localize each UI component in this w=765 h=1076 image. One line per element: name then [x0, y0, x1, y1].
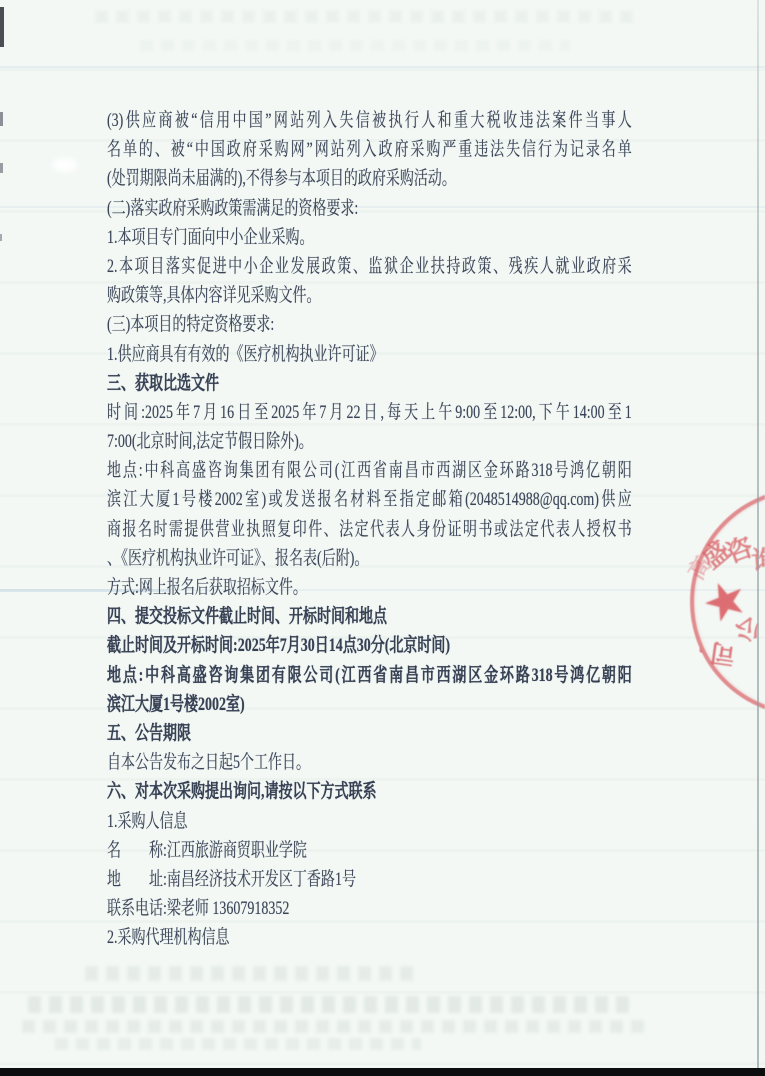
document-line: 四、提交投标文件截止时间、开标时间和地点 — [107, 602, 632, 631]
company-seal-stamp: ★ , 高盛咨询公司 — [680, 478, 765, 722]
scanned-document-page: (3)供应商被“信用中国”网站列入失信被执行人和重大税收违法案件当事人名单的、被… — [0, 0, 765, 1076]
bleed-through-text — [28, 996, 634, 1013]
bleed-through-text — [22, 1020, 644, 1033]
bleed-through-text — [140, 40, 570, 51]
procurement-notice-document: (3)供应商被“信用中国”网站列入失信被执行人和重大税收违法案件当事人名单的、被… — [107, 106, 765, 952]
document-line: 地点:中科高盛咨询集团有限公司(江西省南昌市西湖区金环路318号鸿亿朝阳 — [107, 661, 632, 690]
bleed-through-text — [95, 10, 635, 23]
document-line: 2.采购代理机构信息 — [107, 923, 632, 952]
bottom-scan-bar — [0, 1068, 765, 1076]
document-line: 时间:2025年7月16日至2025年7月22日,每天上午9:00至12:00,… — [107, 398, 632, 427]
document-line: (三)本项目的特定资格要求: — [107, 310, 632, 339]
document-line: 方式:网上报名后获取招标文件。 — [107, 573, 632, 602]
document-line: 五、公告期限 — [107, 719, 632, 748]
bleed-through-text — [55, 1038, 421, 1050]
document-line: 联系电话:梁老师 13607918352 — [107, 894, 632, 923]
document-line: (3)供应商被“信用中国”网站列入失信被执行人和重大税收违法案件当事人 — [107, 106, 632, 135]
document-line: 滨江大厦1号楼2002室)或发送报名材料至指定邮箱(2048514988@qq.… — [107, 485, 632, 514]
document-line: 六、对本次采购提出询问,请按以下方式联系 — [107, 777, 632, 806]
page-edge-line — [757, 0, 759, 1068]
document-line: 商报名时需提供营业执照复印件、法定代表人身份证明书或法定代表人授权书 — [107, 515, 632, 544]
document-line: 自本公告发布之日起5个工作日。 — [107, 748, 632, 777]
document-line: (处罚期限尚未届满的),不得参与本项目的政府采购活动。 — [107, 164, 632, 193]
scan-streak — [0, 66, 765, 68]
document-line: 三、获取比选文件 — [107, 369, 632, 398]
document-line: 2.本项目落实促进中小企业发展政策、监狱企业扶持政策、残疾人就业政府采 — [107, 252, 632, 281]
document-line: 7:00(北京时间,法定节假日除外)。 — [107, 427, 632, 456]
document-line: 1.供应商具有有效的《医疗机构执业许可证》 — [107, 340, 632, 369]
left-edge-speck — [0, 163, 3, 173]
document-line: 滨江大厦1号楼2002室) — [107, 690, 632, 719]
document-line: 购政策等,具体内容详见采购文件。 — [107, 281, 632, 310]
seal-character: 司 — [708, 635, 738, 674]
document-line: 1.采购人信息 — [107, 807, 632, 836]
left-edge-speck — [0, 7, 4, 47]
document-line: 名单的、被“中国政府采购网”网站列入政府采购严重违法失信行为记录名单 — [107, 135, 632, 164]
document-line: 地点:中科高盛咨询集团有限公司(江西省南昌市西湖区金环路318号鸿亿朝阳 — [107, 456, 632, 485]
document-line: 、《医疗机构执业许可证》、报名表(后附)。 — [107, 544, 632, 573]
left-edge-speck — [0, 234, 2, 241]
document-line: 1.本项目专门面向中小企业采购。 — [107, 223, 632, 252]
document-line: 地 址:南昌经济技术开发区丁香路1号 — [107, 865, 632, 894]
bleed-through-text — [85, 966, 420, 981]
document-line: 截止时间及开标时间:2025年7月30日14点30分(北京时间) — [107, 631, 632, 660]
scan-white-blob — [52, 158, 78, 172]
document-line: (二)落实政府采购政策需满足的资格要求: — [107, 194, 632, 223]
left-edge-speck — [0, 112, 3, 126]
document-line: 名 称:江西旅游商贸职业学院 — [107, 836, 632, 865]
